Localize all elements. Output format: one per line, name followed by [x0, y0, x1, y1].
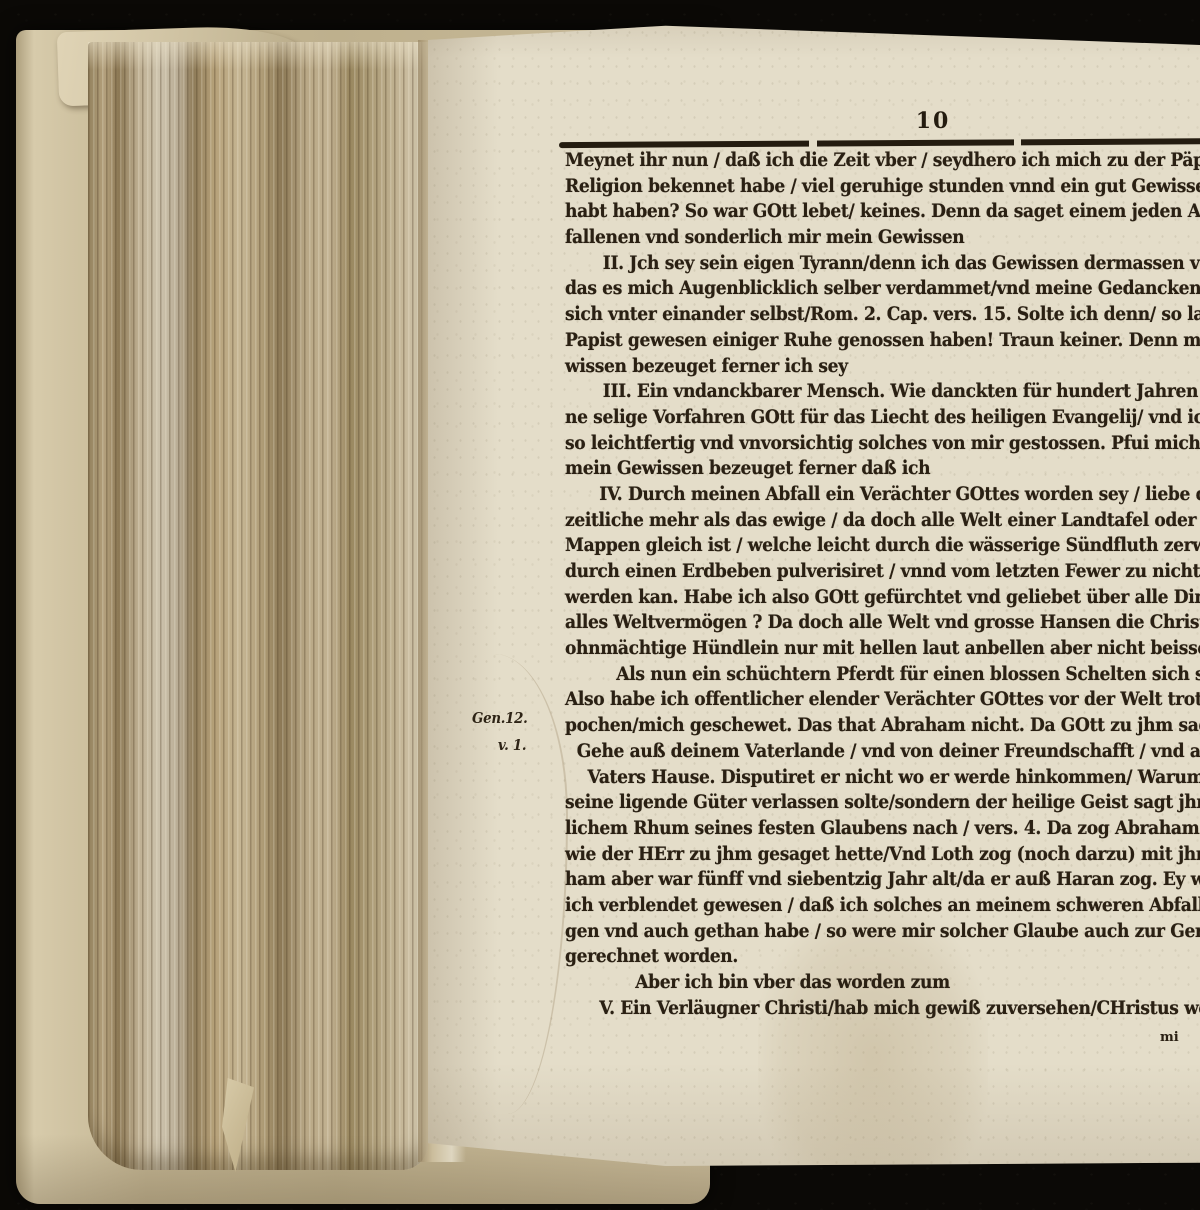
text-line: sich vnter einander selbst/Rom. 2. Cap. … [565, 302, 1195, 328]
text-line: alles Weltvermögen ? Da doch alle Welt v… [565, 610, 1195, 636]
text-line: III. Ein vndanckbarer Mensch. Wie danckt… [565, 379, 1195, 405]
text-line: durch einen Erdbeben pulverisiret / vnnd… [565, 559, 1195, 585]
text-line: fallenen vnd sonderlich mir mein Gewisse… [565, 225, 1195, 251]
text-line: II. Jch sey sein eigen Tyrann/denn ich d… [565, 251, 1195, 277]
text-line: Religion bekennet habe / viel geruhige s… [565, 174, 1195, 200]
text-line: ham aber war fünff vnd siebentzig Jahr a… [565, 867, 1195, 893]
text-line: Als nun ein schüchtern Pferdt für einen … [565, 662, 1195, 688]
text-line: Mappen gleich ist / welche leicht durch … [565, 533, 1195, 559]
book-page: 10 Meynet ihr nun / daß ich die Zeit vbe… [428, 24, 1200, 1166]
text-line: Aber ich bin vber das worden zum [565, 970, 1195, 996]
catchword: mi [1160, 1030, 1179, 1045]
text-line: ich verblendet gewesen / daß ich solches… [565, 893, 1195, 919]
text-line: Gehe auß deinem Vaterlande / vnd von dei… [565, 739, 1195, 765]
text-line: habt haben? So war GOtt lebet/ keines. D… [565, 199, 1195, 225]
text-line: wie der HErr zu jhm gesaget hette/Vnd Lo… [565, 842, 1195, 868]
text-line: so leichtfertig vnd vnvorsichtig solches… [565, 431, 1195, 457]
page-number: 10 [898, 108, 968, 134]
headline-rule [559, 138, 1200, 148]
text-line: zeitliche mehr als das ewige / da doch a… [565, 508, 1195, 534]
text-line: Papist gewesen einiger Ruhe genossen hab… [565, 328, 1195, 354]
text-line: ohnmächtige Hündlein nur mit hellen laut… [565, 636, 1195, 662]
book-fore-edge [88, 42, 428, 1170]
text-line: IV. Durch meinen Abfall ein Verächter GO… [565, 482, 1195, 508]
text-line: ne selige Vorfahren GOtt für das Liecht … [565, 405, 1195, 431]
text-line: Also habe ich offentlicher elender Veräc… [565, 687, 1195, 713]
margin-note-verse: v. 1. [498, 737, 526, 754]
text-line: das es mich Augenblicklich selber verdam… [565, 276, 1195, 302]
text-block: Meynet ihr nun / daß ich die Zeit vber /… [565, 148, 1200, 1021]
text-line: V. Ein Verläugner Christi/hab mich gewiß… [565, 996, 1195, 1022]
text-line: werden kan. Habe ich also GOtt gefürchte… [565, 585, 1195, 611]
text-line: pochen/mich geschewet. Das that Abraham … [565, 713, 1195, 739]
margin-note-genesis: Gen.12. [472, 710, 528, 727]
text-line: mein Gewissen bezeuget ferner daß ich [565, 456, 1195, 482]
text-line: lichem Rhum seines festen Glaubens nach … [565, 816, 1195, 842]
text-line: seine ligende Güter verlassen solte/sond… [565, 790, 1195, 816]
book-photo-scene: 10 Meynet ihr nun / daß ich die Zeit vbe… [0, 0, 1200, 1210]
text-line: gerechnet worden. [565, 944, 1195, 970]
text-line: Meynet ihr nun / daß ich die Zeit vber /… [565, 148, 1195, 174]
text-line: Vaters Hause. Disputiret er nicht wo er … [565, 765, 1195, 791]
text-line: gen vnd auch gethan habe / so were mir s… [565, 919, 1195, 945]
text-line: wissen bezeuget ferner ich sey [565, 354, 1195, 380]
